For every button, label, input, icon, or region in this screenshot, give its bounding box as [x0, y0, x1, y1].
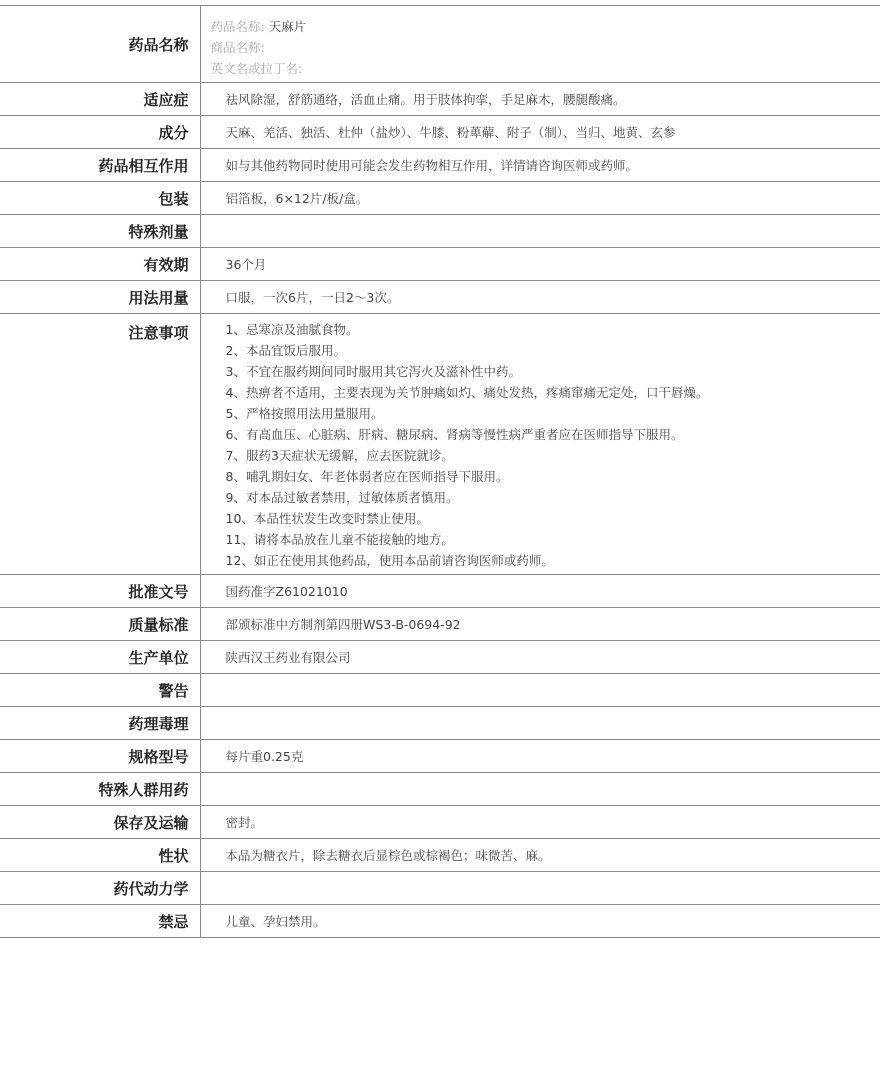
- value-shelf-life: 36个月: [200, 248, 880, 281]
- label-ingredients: 成分: [0, 116, 200, 149]
- english-name-line: 英文名或拉丁名:: [211, 58, 880, 79]
- label-contraindications: 禁忌: [0, 905, 200, 938]
- precaution-item: 2、本品宜饭后服用。: [226, 340, 880, 361]
- value-drug-name-block: 药品名称:天麻片 商品名称: 英文名或拉丁名:: [200, 6, 880, 83]
- row-interactions: 药品相互作用 如与其他药物同时使用可能会发生药物相互作用，详情请咨询医师或药师。: [0, 149, 880, 182]
- precaution-item: 12、如正在使用其他药品，使用本品前请咨询医师或药师。: [226, 550, 880, 571]
- value-manufacturer: 陕西汉王药业有限公司: [200, 641, 880, 674]
- row-storage-transport: 保存及运输 密封。: [0, 806, 880, 839]
- value-special-population: [200, 773, 880, 806]
- label-drug-name: 药品名称: [0, 6, 200, 83]
- label-storage-transport: 保存及运输: [0, 806, 200, 839]
- precaution-item: 10、本品性状发生改变时禁止使用。: [226, 508, 880, 529]
- trade-name-line: 商品名称:: [211, 37, 880, 58]
- row-special-population: 特殊人群用药: [0, 773, 880, 806]
- value-usage-dosage: 口服，一次6片，一日2～3次。: [200, 281, 880, 314]
- row-contraindications: 禁忌 儿童、孕妇禁用。: [0, 905, 880, 938]
- precaution-item: 11、请将本品放在儿童不能接触的地方。: [226, 529, 880, 550]
- value-pharmacology-toxicology: [200, 707, 880, 740]
- value-storage-transport: 密封。: [200, 806, 880, 839]
- drug-name-value: 天麻片: [269, 19, 307, 34]
- value-specification: 每片重0.25克: [200, 740, 880, 773]
- precaution-item: 6、有高血压、心脏病、肝病、糖尿病、肾病等慢性病严重者应在医师指导下服用。: [226, 424, 880, 445]
- row-packaging: 包装 铝箔板，6×12片/板/盒。: [0, 182, 880, 215]
- row-manufacturer: 生产单位 陕西汉王药业有限公司: [0, 641, 880, 674]
- row-shelf-life: 有效期 36个月: [0, 248, 880, 281]
- english-name-label: 英文名或拉丁名:: [211, 61, 303, 76]
- drug-info-table: 药品名称 药品名称:天麻片 商品名称: 英文名或拉丁名: 适应症 祛风除湿，舒筋…: [0, 5, 880, 938]
- label-special-dosage: 特殊剂量: [0, 215, 200, 248]
- value-interactions: 如与其他药物同时使用可能会发生药物相互作用，详情请咨询医师或药师。: [200, 149, 880, 182]
- precaution-item: 1、忌寒凉及油腻食物。: [226, 319, 880, 340]
- label-special-population: 特殊人群用药: [0, 773, 200, 806]
- row-precautions: 注意事项 1、忌寒凉及油腻食物。 2、本品宜饭后服用。 3、不宜在服药期间同时服…: [0, 314, 880, 575]
- row-characteristics: 性状 本品为糖衣片，除去糖衣后显棕色或棕褐色；味微苦、麻。: [0, 839, 880, 872]
- label-packaging: 包装: [0, 182, 200, 215]
- row-pharmacology-toxicology: 药理毒理: [0, 707, 880, 740]
- row-warning: 警告: [0, 674, 880, 707]
- value-characteristics: 本品为糖衣片，除去糖衣后显棕色或棕褐色；味微苦、麻。: [200, 839, 880, 872]
- value-contraindications: 儿童、孕妇禁用。: [200, 905, 880, 938]
- row-drug-name: 药品名称 药品名称:天麻片 商品名称: 英文名或拉丁名:: [0, 6, 880, 83]
- label-usage-dosage: 用法用量: [0, 281, 200, 314]
- precaution-item: 3、不宜在服药期间同时服用其它泻火及滋补性中药。: [226, 361, 880, 382]
- label-characteristics: 性状: [0, 839, 200, 872]
- row-approval-number: 批准文号 国药准字Z61021010: [0, 575, 880, 608]
- row-special-dosage: 特殊剂量: [0, 215, 880, 248]
- row-ingredients: 成分 天麻、羌活、独活、杜仲（盐炒）、牛膝、粉萆薢、附子（制）、当归、地黄、玄参: [0, 116, 880, 149]
- precaution-item: 5、严格按照用法用量服用。: [226, 403, 880, 424]
- label-approval-number: 批准文号: [0, 575, 200, 608]
- drug-name-label: 药品名称:: [211, 19, 265, 34]
- row-quality-standard: 质量标准 部颁标准中方制剂第四册WS3-B-0694-92: [0, 608, 880, 641]
- precaution-item: 4、热痹者不适用，主要表现为关节肿痛如灼、痛处发热，疼痛窜痛无定处，口干唇燥。: [226, 382, 880, 403]
- precaution-item: 9、对本品过敏者禁用，过敏体质者慎用。: [226, 487, 880, 508]
- precaution-item: 8、哺乳期妇女、年老体弱者应在医师指导下服用。: [226, 466, 880, 487]
- drug-name-line: 药品名称:天麻片: [211, 16, 880, 37]
- value-quality-standard: 部颁标准中方制剂第四册WS3-B-0694-92: [200, 608, 880, 641]
- label-interactions: 药品相互作用: [0, 149, 200, 182]
- label-shelf-life: 有效期: [0, 248, 200, 281]
- label-pharmacokinetics: 药代动力学: [0, 872, 200, 905]
- value-special-dosage: [200, 215, 880, 248]
- label-precautions: 注意事项: [0, 314, 200, 575]
- row-indications: 适应症 祛风除湿，舒筋通络，活血止痛。用于肢体拘挛，手足麻木，腰腿酸痛。: [0, 83, 880, 116]
- label-specification: 规格型号: [0, 740, 200, 773]
- label-pharmacology-toxicology: 药理毒理: [0, 707, 200, 740]
- row-specification: 规格型号 每片重0.25克: [0, 740, 880, 773]
- value-approval-number: 国药准字Z61021010: [200, 575, 880, 608]
- label-indications: 适应症: [0, 83, 200, 116]
- row-pharmacokinetics: 药代动力学: [0, 872, 880, 905]
- label-quality-standard: 质量标准: [0, 608, 200, 641]
- value-precautions: 1、忌寒凉及油腻食物。 2、本品宜饭后服用。 3、不宜在服药期间同时服用其它泻火…: [200, 314, 880, 575]
- label-manufacturer: 生产单位: [0, 641, 200, 674]
- row-usage-dosage: 用法用量 口服，一次6片，一日2～3次。: [0, 281, 880, 314]
- value-pharmacokinetics: [200, 872, 880, 905]
- value-packaging: 铝箔板，6×12片/板/盒。: [200, 182, 880, 215]
- precaution-item: 7、服药3天症状无缓解，应去医院就诊。: [226, 445, 880, 466]
- value-ingredients: 天麻、羌活、独活、杜仲（盐炒）、牛膝、粉萆薢、附子（制）、当归、地黄、玄参: [200, 116, 880, 149]
- label-warning: 警告: [0, 674, 200, 707]
- trade-name-label: 商品名称:: [211, 40, 265, 55]
- value-warning: [200, 674, 880, 707]
- value-indications: 祛风除湿，舒筋通络，活血止痛。用于肢体拘挛，手足麻木，腰腿酸痛。: [200, 83, 880, 116]
